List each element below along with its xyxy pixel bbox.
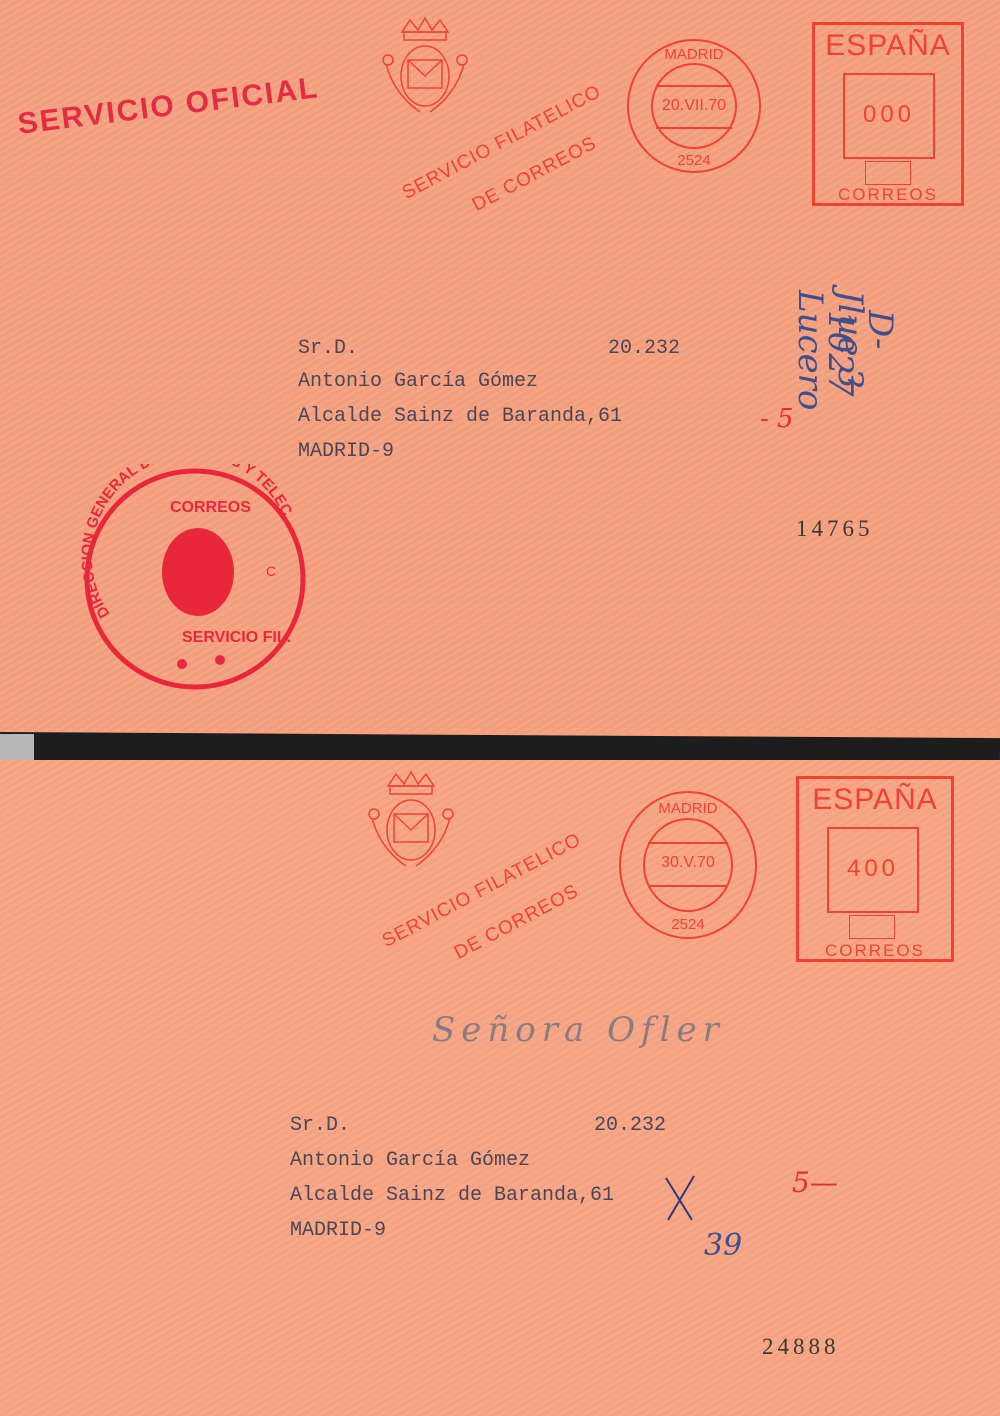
address-salutation: Sr.D. — [298, 337, 358, 360]
postmark-city: MADRID — [624, 46, 764, 63]
serial-number: 24888 — [762, 1334, 840, 1360]
seal-side-letter: C — [266, 563, 276, 579]
postmark-date: 20.VII.70 — [624, 97, 764, 115]
postmark: MADRID 20.VII.70 2524 — [624, 36, 764, 176]
meter-value-box: 000 — [843, 73, 935, 159]
address-city: MADRID-9 — [298, 436, 394, 467]
address-name: Antonio García Gómez — [298, 366, 538, 397]
envelope-icon — [865, 161, 911, 185]
strike-through-mark — [662, 1174, 698, 1224]
handwritten-note-2: Jlue 3 Lucero — [790, 290, 870, 420]
red-mark: 5— — [792, 1166, 838, 1199]
handwritten-correction: 39 — [704, 1228, 742, 1263]
red-mark: - 5 — [760, 404, 794, 434]
scan-background — [0, 734, 34, 760]
meter-value: 400 — [829, 855, 917, 883]
postmark: MADRID 30.V.70 2524 — [616, 788, 760, 942]
address-street: Alcalde Sainz de Baranda,61 — [298, 401, 622, 432]
address-salutation: Sr.D. — [290, 1110, 350, 1141]
meter-footer: CORREOS — [799, 941, 951, 961]
postal-emblem-icon — [366, 768, 456, 878]
meter-value-box: 400 — [827, 827, 919, 913]
seal-inner-top: CORREOS — [170, 499, 251, 516]
meter-footer: CORREOS — [815, 185, 961, 205]
address-street: Alcalde Sainz de Baranda,61 — [290, 1180, 614, 1211]
pencil-note: Señora Ofler — [432, 1010, 725, 1050]
address-code: 20.232 — [608, 333, 680, 364]
seal-inner-bottom: SERVICIO FIL. — [182, 629, 291, 646]
envelope-icon — [849, 915, 895, 939]
official-service-stamp: SERVICIO OFICIAL — [16, 71, 321, 142]
address-name: Antonio García Gómez — [290, 1145, 530, 1176]
address-city: MADRID-9 — [290, 1215, 386, 1246]
postage-meter: ESPAÑA 400 CORREOS — [796, 776, 954, 962]
address-code: 20.232 — [594, 1110, 666, 1141]
postage-meter: ESPAÑA 000 CORREOS — [812, 22, 964, 206]
postmark-number: 2524 — [616, 916, 760, 933]
meter-value: 000 — [845, 101, 933, 129]
address-block: Sr.D. — [298, 333, 358, 364]
postal-emblem-icon — [380, 14, 470, 124]
serial-number: 14765 — [796, 516, 874, 542]
postmark-date: 30.V.70 — [616, 854, 760, 872]
postmark-city: MADRID — [616, 800, 760, 817]
circular-official-seal: DIRECCION GENERAL DE CORREOS Y TELEC COR… — [70, 464, 320, 694]
meter-country: ESPAÑA — [815, 29, 961, 63]
meter-country: ESPAÑA — [799, 783, 951, 817]
envelope-bottom: SERVICIO FILATELICO DE CORREOS MADRID 30… — [0, 760, 1000, 1416]
postmark-number: 2524 — [624, 152, 764, 169]
envelope-top: SERVICIO OFICIAL SERVICIO FILATELICO DE … — [0, 0, 1000, 732]
